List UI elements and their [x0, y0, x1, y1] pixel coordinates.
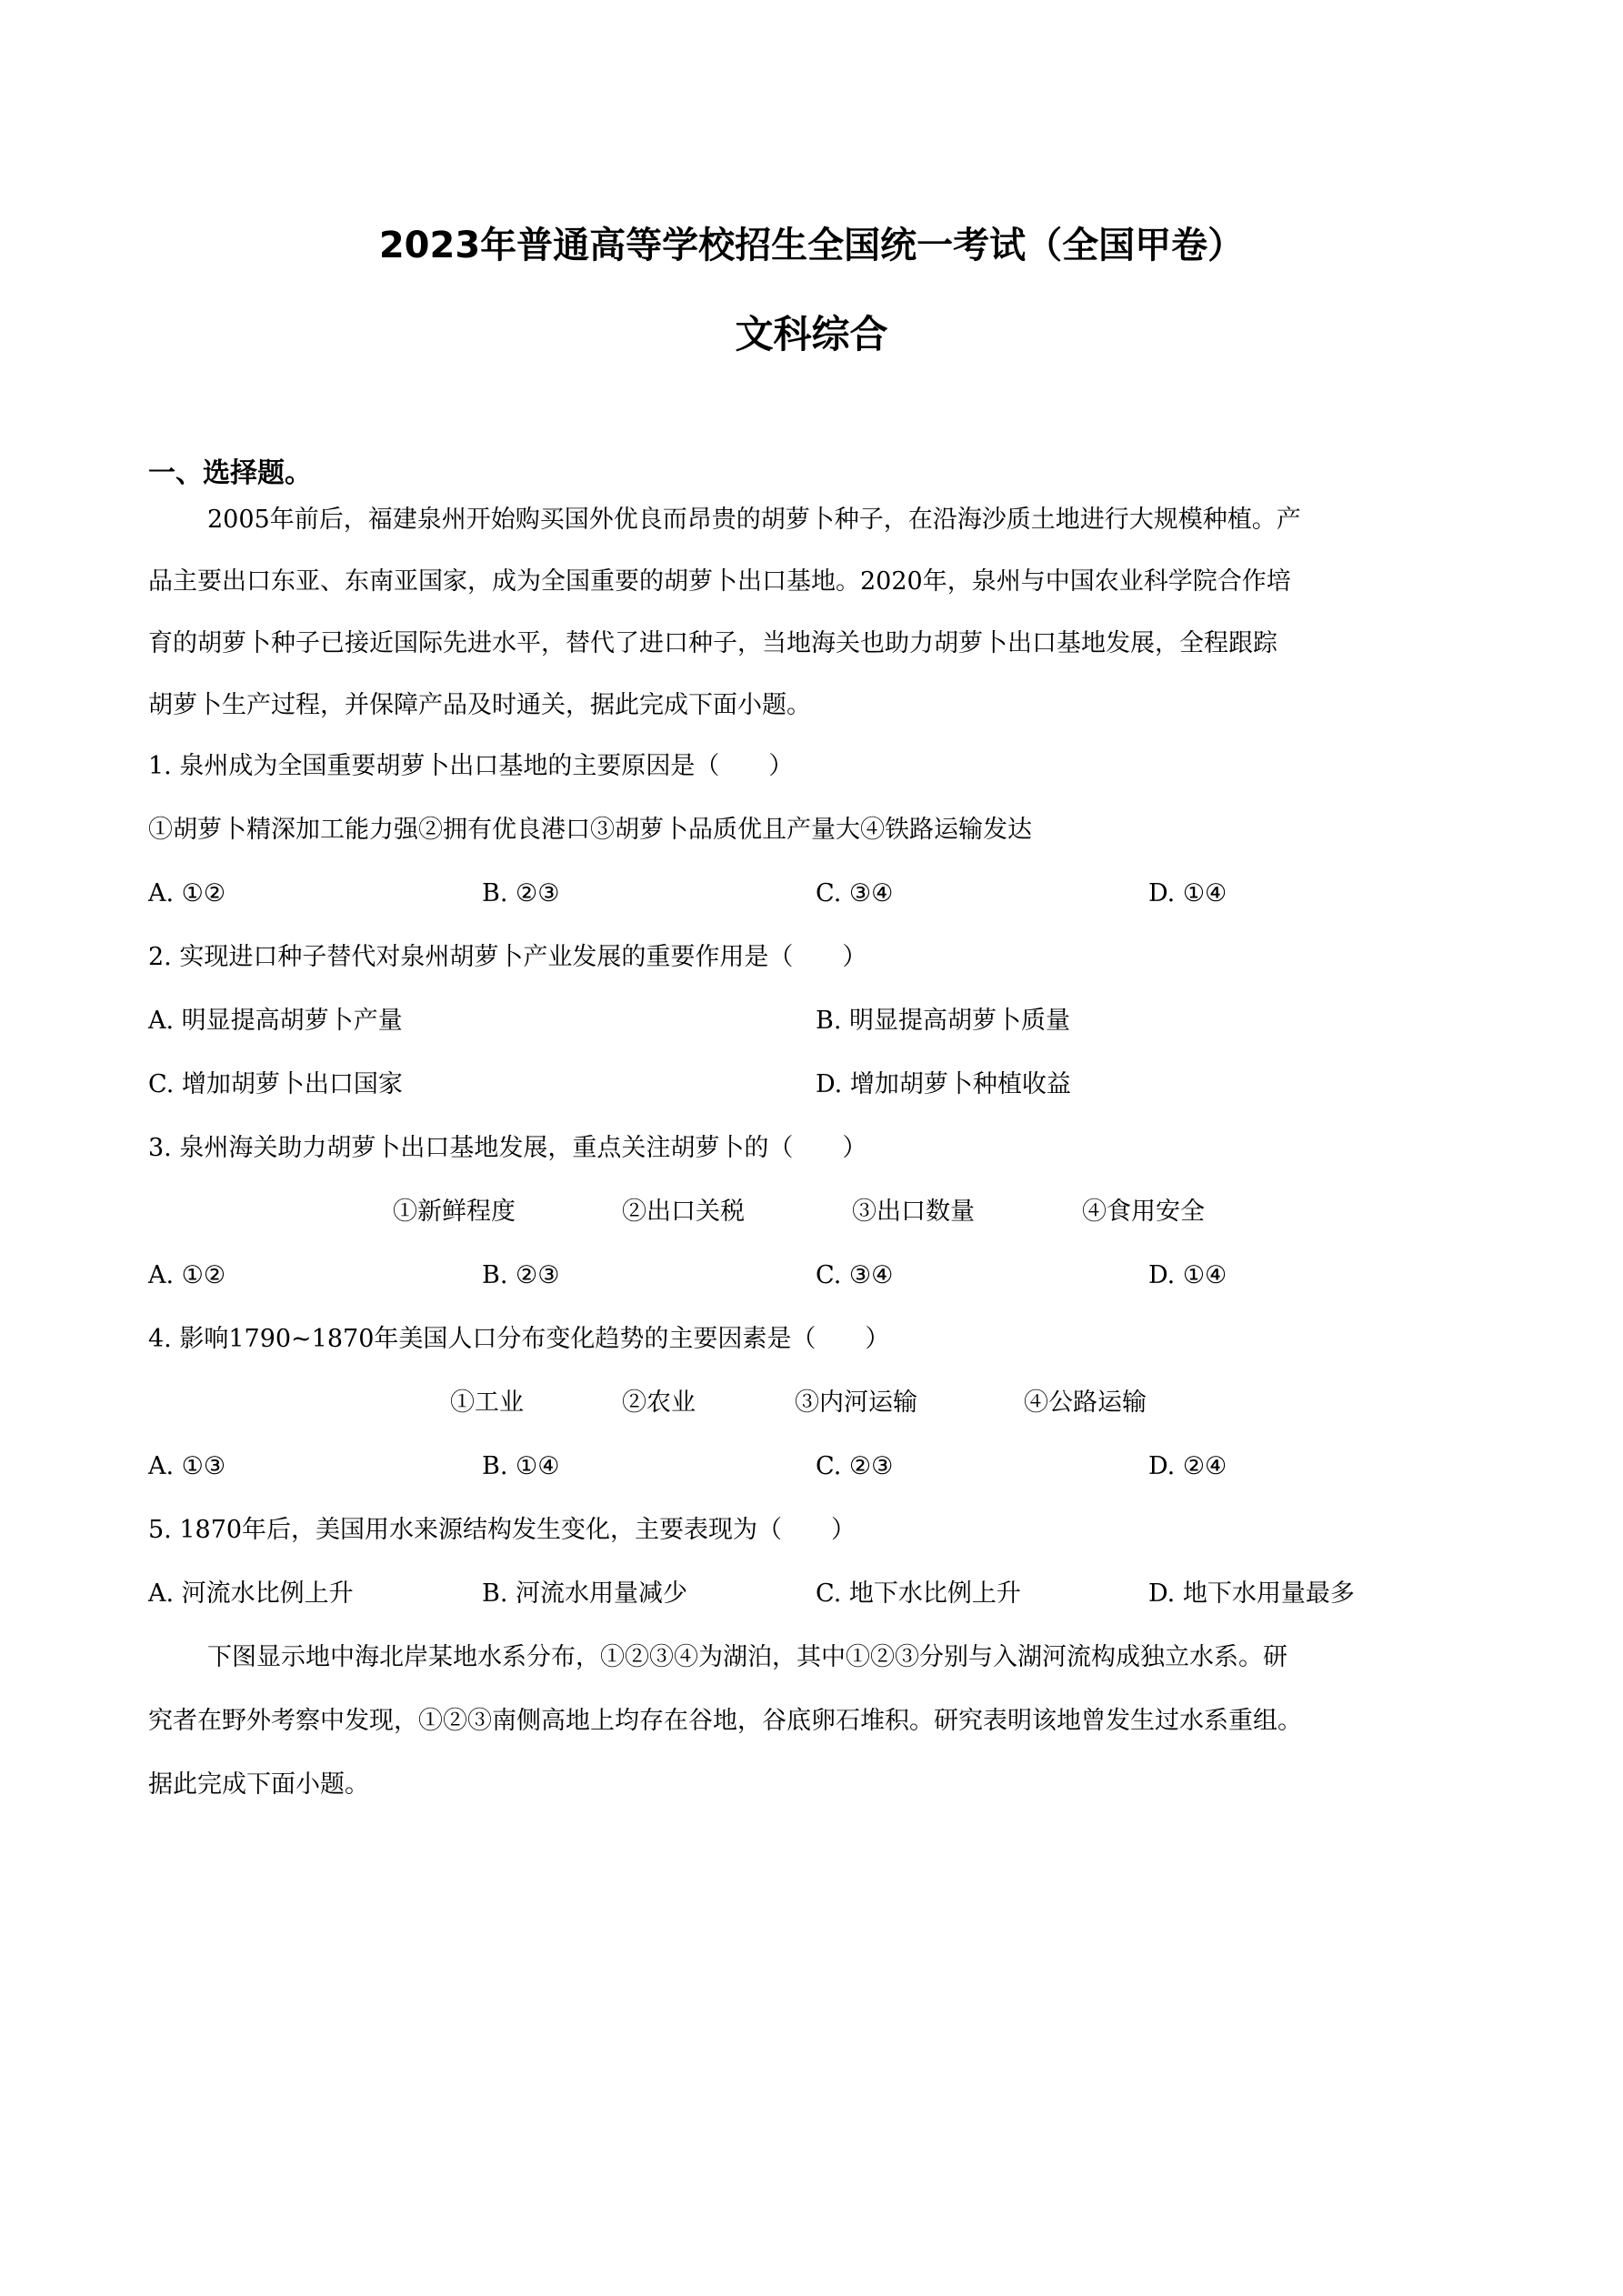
q4-option-a: A. ①③	[148, 1449, 225, 1485]
q4-item-1: ①工业	[450, 1385, 524, 1421]
question-5-stem: 5. 1870年后，美国用水来源结构发生变化，主要表现为（ ）	[148, 1512, 856, 1549]
q4-item-2: ②农业	[622, 1385, 696, 1421]
q5-option-b: B. 河流水用量减少	[482, 1576, 687, 1612]
passage1-line: 育的胡萝卜种子已接近国际先进水平，替代了进口种子，当地海关也助力胡萝卜出口基地发…	[148, 626, 1277, 662]
question-1-statement: ①胡萝卜精深加工能力强②拥有优良港口③胡萝卜品质优且产量大④铁路运输发达	[148, 812, 1032, 848]
q3-option-c: C. ③④	[816, 1258, 893, 1294]
q3-item-2: ②出口关税	[622, 1194, 745, 1230]
q3-option-a: A. ①②	[148, 1258, 225, 1294]
passage1-line: 2005年前后，福建泉州开始购买国外优良而昂贵的胡萝卜种子，在沿海沙质土地进行大…	[207, 502, 1301, 538]
passage2-line: 据此完成下面小题。	[148, 1767, 369, 1803]
question-1-stem: 1. 泉州成为全国重要胡萝卜出口基地的主要原因是（ ）	[148, 748, 793, 785]
passage2-line: 下图显示地中海北岸某地水系分布，①②③④为湖泊，其中①②③分别与入湖河流构成独立…	[207, 1639, 1287, 1676]
q1-option-a: A. ①②	[148, 876, 225, 912]
q2-option-a: A. 明显提高胡萝卜产量	[148, 1003, 403, 1039]
q2-option-b: B. 明显提高胡萝卜质量	[816, 1003, 1070, 1039]
q3-item-1: ①新鲜程度	[393, 1194, 516, 1230]
exam-page: 2023年普通高等学校招生全国统一考试（全国甲卷） 文科综合 一、选择题。 20…	[0, 0, 1623, 2296]
section-heading: 一、选择题。	[148, 450, 312, 490]
q1-option-b: B. ②③	[482, 876, 559, 912]
q2-option-d: D. 增加胡萝卜种植收益	[816, 1067, 1071, 1103]
passage1-line: 胡萝卜生产过程，并保障产品及时通关，据此完成下面小题。	[148, 687, 811, 724]
q5-option-c: C. 地下水比例上升	[816, 1576, 1021, 1612]
question-2-stem: 2. 实现进口种子替代对泉州胡萝卜产业发展的重要作用是（ ）	[148, 939, 867, 976]
passage2-line: 究者在野外考察中发现，①②③南侧高地上均存在谷地，谷底卵石堆积。研究表明该地曾发…	[148, 1703, 1302, 1740]
exam-subtitle: 文科综合	[0, 305, 1623, 359]
q1-option-d: D. ①④	[1148, 876, 1227, 912]
q5-option-a: A. 河流水比例上升	[148, 1576, 354, 1612]
exam-title: 2023年普通高等学校招生全国统一考试（全国甲卷）	[0, 216, 1623, 268]
q4-option-b: B. ①④	[482, 1449, 559, 1485]
q5-option-d: D. 地下水用量最多	[1148, 1576, 1355, 1612]
q3-item-4: ④食用安全	[1082, 1194, 1205, 1230]
q2-option-c: C. 增加胡萝卜出口国家	[148, 1067, 403, 1103]
q1-option-c: C. ③④	[816, 876, 893, 912]
question-3-stem: 3. 泉州海关助力胡萝卜出口基地发展，重点关注胡萝卜的（ ）	[148, 1130, 867, 1167]
q4-item-3: ③内河运输	[795, 1385, 917, 1421]
q3-option-b: B. ②③	[482, 1258, 559, 1294]
question-4-stem: 4. 影响1790~1870年美国人口分布变化趋势的主要因素是（ ）	[148, 1321, 889, 1358]
q4-option-d: D. ②④	[1148, 1449, 1227, 1485]
passage1-line: 品主要出口东亚、东南亚国家，成为全国重要的胡萝卜出口基地。2020年，泉州与中国…	[148, 564, 1291, 600]
q3-item-3: ③出口数量	[852, 1194, 975, 1230]
q3-option-d: D. ①④	[1148, 1258, 1227, 1294]
q4-option-c: C. ②③	[816, 1449, 893, 1485]
q4-item-4: ④公路运输	[1024, 1385, 1147, 1421]
